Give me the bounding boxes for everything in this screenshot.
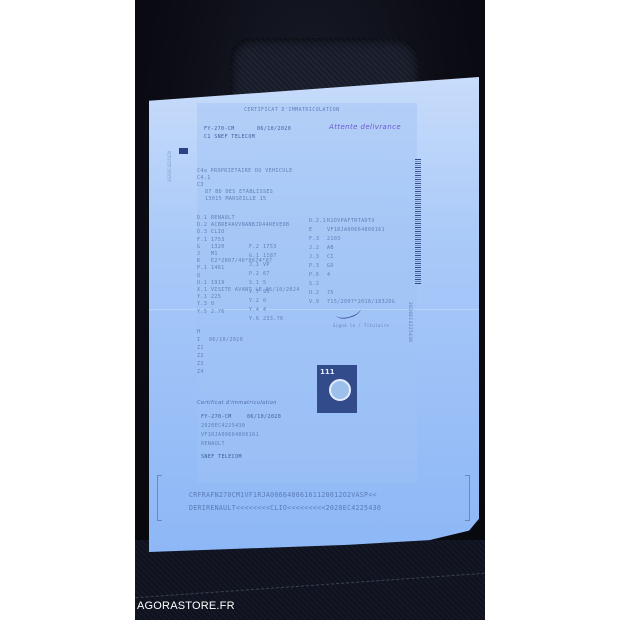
- field-value: 1919: [211, 280, 225, 286]
- field-q: Q: [197, 273, 211, 279]
- field-code: P.6: [309, 272, 327, 278]
- vertical-serial-code: 2020EC4225430: [407, 302, 412, 342]
- watermark: AGORASTORE.FR: [137, 600, 235, 612]
- field-code: K: [197, 258, 211, 264]
- field-p-1: P.11461: [197, 265, 225, 271]
- field-code: D.2: [197, 222, 211, 228]
- field-code: D.3: [197, 229, 211, 235]
- field-code: S.2: [309, 281, 327, 287]
- field-y-3: Y.30: [197, 301, 214, 307]
- field-value: 2103: [327, 236, 341, 242]
- coupon-title: Certificat d'immatriculation: [197, 400, 277, 406]
- field-code: Z3: [197, 361, 209, 367]
- field-code: Y.6: [249, 316, 263, 322]
- field-code: P.2: [249, 271, 263, 277]
- field-code: J: [197, 251, 211, 257]
- registration-number: FY-270-CM: [204, 126, 235, 132]
- field-code: F.2: [249, 244, 263, 250]
- field-value: GO: [327, 263, 334, 269]
- field-code: H: [197, 329, 209, 335]
- field-code: D.1: [197, 215, 211, 221]
- field-value: 75: [327, 290, 334, 296]
- field-code: I: [197, 337, 209, 343]
- field-d-2-1: D.2.1R1DVPAFTRTADTV: [309, 218, 375, 224]
- frame-bracket-left: [157, 475, 162, 521]
- field-z2: Z2: [197, 353, 209, 359]
- field-code: J.2: [309, 245, 327, 251]
- field-value: 0: [211, 301, 214, 307]
- owner-line: C4.1: [197, 175, 211, 181]
- field-value: 5: [263, 280, 266, 286]
- mrz-line-2: DERIRENAULT<<<<<<<<CLIO<<<<<<<<<2020EC42…: [189, 504, 381, 512]
- field-j-1: J.1VP: [249, 262, 270, 268]
- globe-icon: [329, 379, 351, 401]
- coupon-holder: SNEF TELECOM: [201, 454, 242, 460]
- handwritten-reference: Attente delivrance: [329, 123, 401, 131]
- field-v-7: V.795: [249, 289, 270, 295]
- field-y-5: Y.52.76: [197, 309, 225, 315]
- field-code: F.1: [197, 237, 211, 243]
- side-margin-text: 2020EC4225430: [167, 151, 172, 182]
- field-y-1: Y.1225: [197, 294, 221, 300]
- field-value: 1753: [263, 244, 277, 250]
- field-value: 1187: [263, 253, 277, 259]
- field-code: V.9: [309, 299, 327, 305]
- field-u-2: U.275: [309, 290, 334, 296]
- field-value: 67: [263, 271, 270, 277]
- field-code: J.3: [309, 254, 327, 260]
- field-value: R1DVPAFTRTADTV: [327, 218, 375, 224]
- barcode: [415, 159, 421, 284]
- field-value: 0: [263, 298, 266, 304]
- field-code: Z4: [197, 369, 209, 375]
- field-code: Z1: [197, 345, 209, 351]
- field-j: JM1: [197, 251, 218, 257]
- field-f-1: F.11753: [197, 237, 225, 243]
- field-code: Y.1: [197, 294, 211, 300]
- field-code: F.3: [309, 236, 327, 242]
- field-p-2: P.267: [249, 271, 270, 277]
- field-value: 225: [211, 294, 221, 300]
- field-code: D.2.1: [309, 218, 327, 224]
- field-h: H: [197, 329, 209, 335]
- field-y-2: Y.20: [249, 298, 266, 304]
- field-value: CLIO: [211, 229, 225, 235]
- coupon-serial: 2020EC4225430: [201, 423, 245, 429]
- photo: CERTIFICAT D'IMMATRICULATION FY-270-CM 0…: [135, 0, 485, 620]
- field-d-2: D.2ACBRE4AVVNANBJD44REVEDB: [197, 222, 289, 228]
- field-i: I06/10/2020: [197, 337, 243, 343]
- field-value: 06/10/2020: [209, 337, 243, 343]
- field-value: ACBRE4AVVNANBJD44REVEDB: [211, 222, 289, 228]
- field-d-1: D.1RENAULT: [197, 215, 235, 221]
- field-code: V.7: [249, 289, 263, 295]
- field-z1: Z1: [197, 345, 209, 351]
- field-code: X.1: [197, 287, 211, 293]
- field-value: 1320: [211, 244, 225, 250]
- field-value: VF1RJA00664806161: [327, 227, 385, 233]
- field-value: 715/2007*2018/1832DG: [327, 299, 395, 305]
- field-value: 233.76: [263, 316, 283, 322]
- field-value: 1753: [211, 237, 225, 243]
- owner-line: 87 BD DES ETABLISSES: [205, 189, 273, 195]
- holder-line: C1 SNEF TELECOM: [204, 134, 255, 140]
- field-g-1: G.11187: [249, 253, 277, 259]
- field-value: M1: [211, 251, 218, 257]
- coupon-registration: FY-270-CM: [201, 414, 232, 420]
- field-s-2: S.2: [309, 281, 327, 287]
- field-code: G.1: [249, 253, 263, 259]
- first-registration-date: 06/10/2020: [257, 126, 291, 132]
- field-code: S.1: [249, 280, 263, 286]
- field-code: Y.4: [249, 307, 263, 313]
- field-value: 1461: [211, 265, 225, 271]
- field-e: EVF1RJA00664806161: [309, 227, 385, 233]
- field-value: 4: [327, 272, 330, 278]
- owner-line: C4a PROPRIETAIRE DU VEHICULE: [197, 168, 293, 174]
- field-value: 95: [263, 289, 270, 295]
- stamp-number: 111: [320, 368, 335, 376]
- owner-line: C3: [197, 182, 204, 188]
- signature-caption: Signé le / Titulaire: [333, 323, 389, 328]
- field-code: U.2: [309, 290, 327, 296]
- field-value: RENAULT: [211, 215, 235, 221]
- field-f-2: F.21753: [249, 244, 277, 250]
- field-value: 2.76: [211, 309, 225, 315]
- field-value: AB: [327, 245, 334, 251]
- field-code: J.1: [249, 262, 263, 268]
- field-s-1: S.15: [249, 280, 266, 286]
- field-code: U.1: [197, 280, 211, 286]
- coupon-date: 06/10/2020: [247, 414, 281, 420]
- field-p-3: P.3GO: [309, 263, 334, 269]
- field-f-3: F.32103: [309, 236, 341, 242]
- eu-flag-icon: [179, 148, 188, 154]
- field-g: G1320: [197, 244, 225, 250]
- field-j-3: J.3CI: [309, 254, 334, 260]
- field-d-3: D.3CLIO: [197, 229, 225, 235]
- owner-line: 13015 MARSEILLE 15: [205, 196, 266, 202]
- field-code: P.1: [197, 265, 211, 271]
- coupon-vin: VF1RJA00664806161: [201, 432, 259, 438]
- field-value: CI: [327, 254, 334, 260]
- field-j-2: J.2AB: [309, 245, 334, 251]
- field-y-6: Y.6233.76: [249, 316, 283, 322]
- field-code: Z2: [197, 353, 209, 359]
- field-u-1: U.11919: [197, 280, 225, 286]
- field-value: 4: [263, 307, 266, 313]
- field-value: VP: [263, 262, 270, 268]
- document-header-title: CERTIFICAT D'IMMATRICULATION: [244, 107, 340, 113]
- field-code: G: [197, 244, 211, 250]
- mrz-line-1: CRFRAFN270CM1VF1RJA00664806161120012O2VA…: [189, 491, 377, 499]
- field-z3: Z3: [197, 361, 209, 367]
- field-code: Y.5: [197, 309, 211, 315]
- field-code: P.3: [309, 263, 327, 269]
- security-stamp: 111: [317, 365, 357, 413]
- field-y-4: Y.44: [249, 307, 266, 313]
- field-p-6: P.64: [309, 272, 330, 278]
- field-code: Y.2: [249, 298, 263, 304]
- coupon-brand: RENAULT: [201, 441, 225, 447]
- field-code: E: [309, 227, 327, 233]
- frame-bracket-right: [465, 475, 470, 521]
- registration-document: CERTIFICAT D'IMMATRICULATION FY-270-CM 0…: [149, 77, 479, 552]
- field-z4: Z4: [197, 369, 209, 375]
- field-code: Y.3: [197, 301, 211, 307]
- field-code: Q: [197, 273, 211, 279]
